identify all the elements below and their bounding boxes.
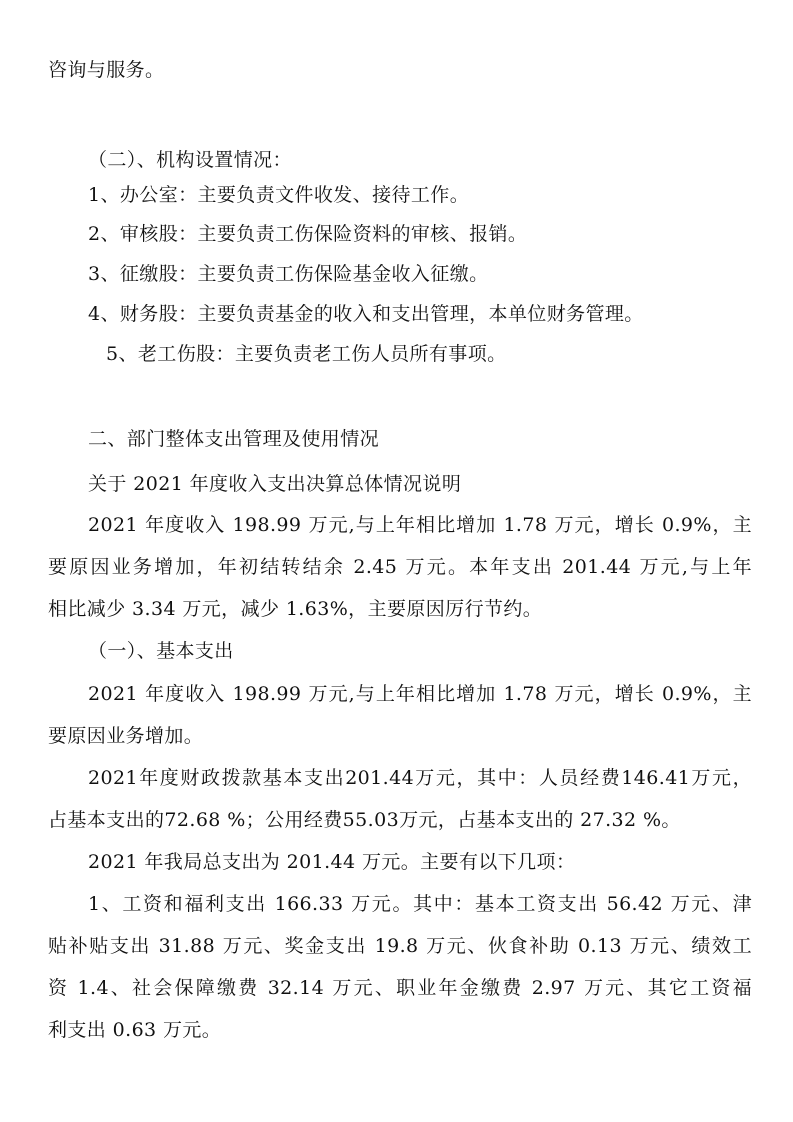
document-page: 咨询与服务。 （二）、机构设置情况： 1、办公室：主要负责文件收发、接待工作。 … [0, 0, 793, 1122]
paragraph-fiscal-line-1: 2021年度财政拨款基本支出201.44万元，其中：人员经费146.41万元， [88, 766, 752, 790]
paragraph-basic-line-1: 2021 年度收入 198.99 万元,与上年相比增加 1.78 万元，增长 0… [88, 682, 752, 706]
paragraph-fiscal-line-2: 占基本支出的72.68 %；公用经费55.03万元，占基本支出的 27.32 %… [48, 808, 681, 832]
paragraph-salary-line-1: 1、工资和福利支出 166.33 万元。其中：基本工资支出 56.42 万元、津 [88, 892, 752, 916]
paragraph-salary-line-2: 贴补贴支出 31.88 万元、奖金支出 19.8 万元、伙食补助 0.13 万元… [48, 934, 752, 958]
list-item-office: 1、办公室：主要负责文件收发、接待工作。 [88, 183, 469, 207]
list-item-audit: 2、审核股：主要负责工伤保险资料的审核、报销。 [88, 222, 527, 246]
paragraph-income-line-2: 要原因业务增加，年初结转结余 2.45 万元。本年支出 201.44 万元,与上… [48, 555, 752, 579]
section-heading-org-setup: （二）、机构设置情况： [88, 148, 292, 172]
paragraph-salary-line-4: 利支出 0.63 万元。 [48, 1018, 221, 1042]
section-heading-expenditure: 二、部门整体支出管理及使用情况 [88, 427, 379, 451]
list-item-old-injury: 5、老工伤股：主要负责老工伤人员所有事项。 [106, 342, 507, 366]
paragraph-continuation: 咨询与服务。 [48, 58, 164, 82]
paragraph-income-line-3: 相比减少 3.34 万元，减少 1.63%，主要原因厉行节约。 [48, 597, 542, 621]
paragraph-income-line-1: 2021 年度收入 198.99 万元,与上年相比增加 1.78 万元，增长 0… [88, 513, 752, 537]
paragraph-basic-line-2: 要原因业务增加。 [48, 724, 203, 748]
list-item-finance: 4、财务股：主要负责基金的收入和支出管理，本单位财务管理。 [88, 302, 644, 326]
subheading-summary: 关于 2021 年度收入支出决算总体情况说明 [88, 472, 461, 496]
paragraph-salary-line-3: 资 1.4、社会保障缴费 32.14 万元、职业年金缴费 2.97 万元、其它工… [48, 976, 752, 1000]
paragraph-total-expenditure: 2021 年我局总支出为 201.44 万元。主要有以下几项： [88, 850, 575, 874]
section-heading-basic-expenditure: （一）、基本支出 [88, 639, 234, 663]
list-item-collection: 3、征缴股：主要负责工伤保险基金收入征缴。 [88, 262, 489, 286]
